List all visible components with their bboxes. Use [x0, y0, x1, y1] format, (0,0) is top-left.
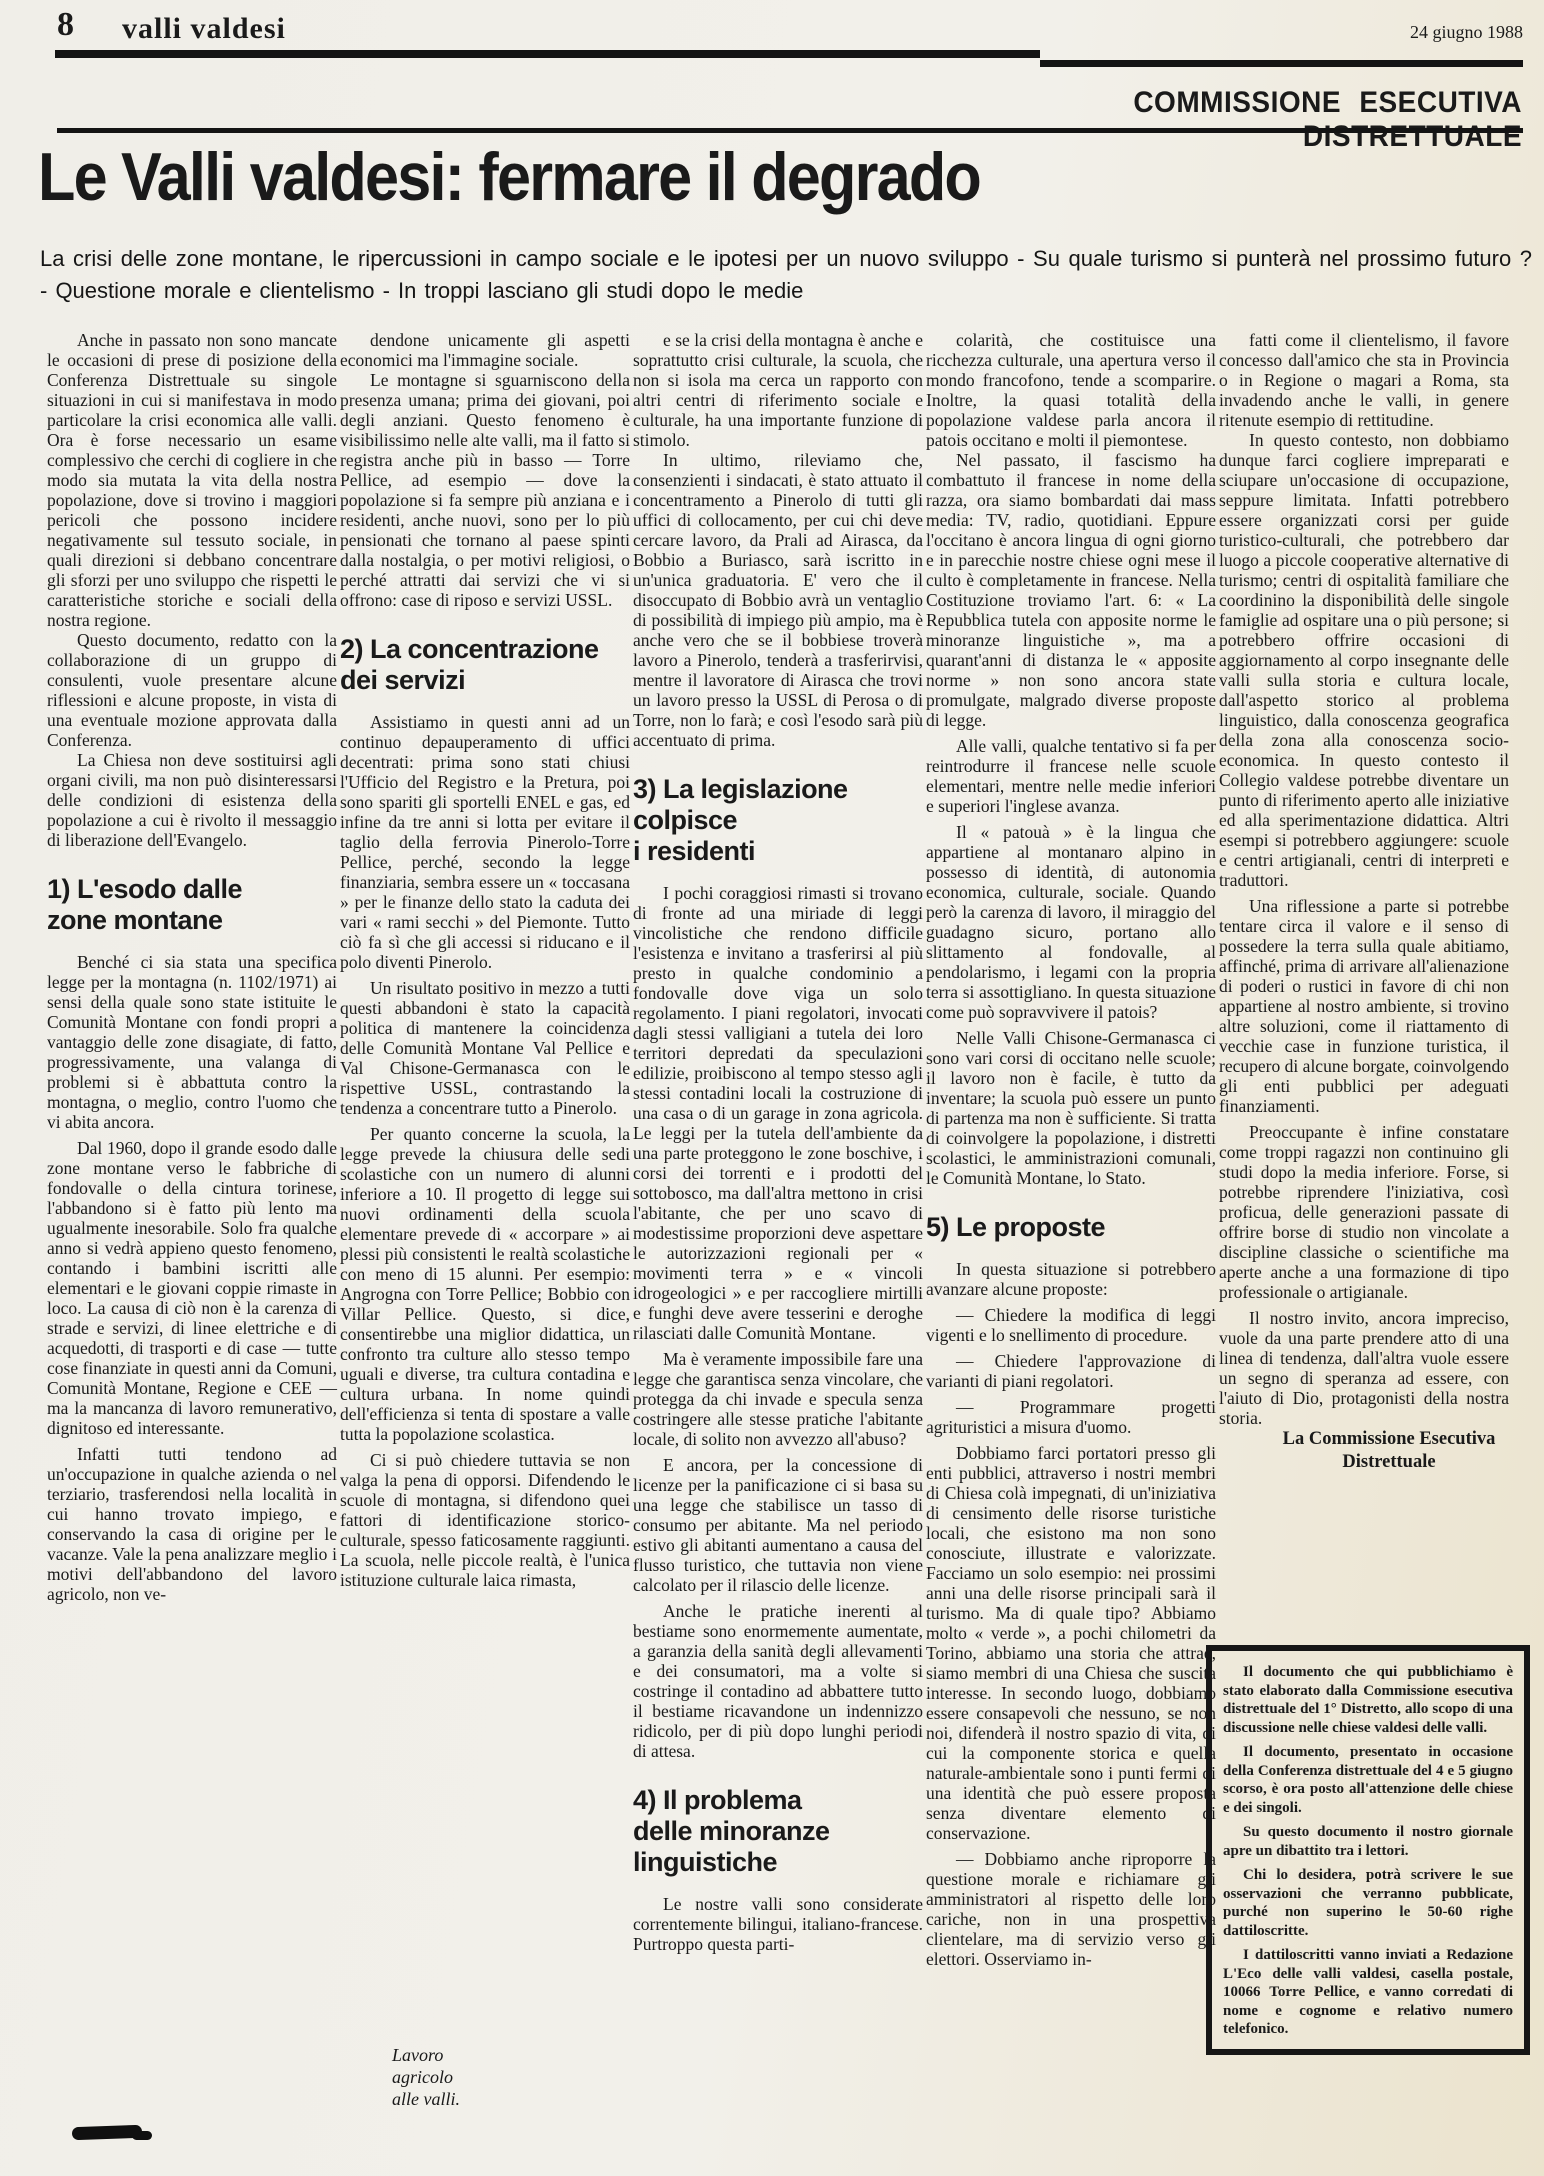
paragraph: Benché ci sia stata una specifica legge …: [47, 952, 337, 1132]
paragraph: Ma è veramente impossibile fare una legg…: [633, 1349, 923, 1449]
paragraph: Il « patouà » è la lingua che appartiene…: [926, 822, 1216, 1022]
paragraph: — Programmare progetti agrituristici a m…: [926, 1397, 1216, 1437]
paragraph: Le nostre valli sono considerate corrent…: [633, 1894, 923, 1954]
page-number: 8: [57, 6, 74, 44]
article-column-5: fatti come il clientelismo, il favore co…: [1219, 330, 1509, 1474]
header-rule-right: [1040, 60, 1523, 67]
masthead: valli valdesi: [122, 12, 286, 46]
paragraph: Ci si può chiedere tuttavia se non valga…: [340, 1450, 630, 1590]
paragraph: La Chiesa non deve sostituirsi agli orga…: [47, 750, 337, 850]
paragraph: — Dobbiamo anche riproporre la questione…: [926, 1849, 1216, 1969]
paragraph: Anche in passato non sono mancate le occ…: [47, 330, 337, 630]
header-rule-left: [55, 50, 1040, 58]
kicker-rule: [57, 128, 1523, 133]
paragraph: In ultimo, rileviamo che, consenzienti i…: [633, 450, 923, 750]
editorial-box-paragraph: Su questo documento il nostro giornale a…: [1223, 1823, 1513, 1860]
editorial-box-paragraph: Chi lo desidera, potrà scrivere le sue o…: [1223, 1866, 1513, 1940]
paragraph: Nelle Valli Chisone-Germanasca ci sono v…: [926, 1028, 1216, 1188]
paragraph: In questa situazione si potrebbero avanz…: [926, 1259, 1216, 1299]
photo-caption: Lavoro agricolo alle valli.: [392, 2044, 460, 2110]
editorial-box-paragraph: Il documento che qui pubblichiamo è stat…: [1223, 1663, 1513, 1737]
paragraph: I pochi coraggiosi rimasti si trovano di…: [633, 883, 923, 1343]
paragraph: In questo contesto, non dobbiamo dunque …: [1219, 430, 1509, 890]
section-heading-3: 3) La legislazione colpisce i residenti: [633, 774, 923, 867]
paragraph: Nel passato, il fascismo ha combattuto i…: [926, 450, 1216, 730]
paragraph: — Chiedere l'approvazione di varianti di…: [926, 1351, 1216, 1391]
newspaper-page: 8 valli valdesi 24 giugno 1988 COMMISSIO…: [0, 0, 1544, 2176]
paragraph: Un risultato positivo in mezzo a tutti q…: [340, 978, 630, 1118]
paragraph: Il nostro invito, ancora impreciso, vuol…: [1219, 1308, 1509, 1428]
paragraph: Per quanto concerne la scuola, la legge …: [340, 1124, 630, 1444]
paragraph: — Chiedere la modifica di leggi vigenti …: [926, 1305, 1216, 1345]
paragraph: Infatti tutti tendono ad un'occupazione …: [47, 1444, 337, 1604]
section-heading-2: 2) La concentrazione dei servizi: [340, 634, 630, 696]
article-column-3: e se la crisi della montagna è anche e s…: [633, 330, 923, 1954]
paragraph: Una riflessione a parte si potrebbe tent…: [1219, 896, 1509, 1116]
editorial-box: Il documento che qui pubblichiamo è stat…: [1206, 1645, 1530, 2055]
paragraph: Dal 1960, dopo il grande esodo dalle zon…: [47, 1138, 337, 1438]
paragraph: Assistiamo in questi anni ad un continuo…: [340, 712, 630, 972]
editorial-box-paragraph: I dattiloscritti vanno inviati a Redazio…: [1223, 1946, 1513, 2039]
section-heading-1: 1) L'esodo dalle zone montane: [47, 874, 337, 936]
paragraph: E ancora, per la concessione di licenze …: [633, 1455, 923, 1595]
paragraph: dendone unicamente gli aspetti economici…: [340, 330, 630, 370]
paragraph: Le montagne si sguarniscono della presen…: [340, 370, 630, 610]
ink-blob: [132, 2131, 152, 2140]
paragraph: fatti come il clientelismo, il favore co…: [1219, 330, 1509, 430]
paragraph: Dobbiamo farci portatori presso gli enti…: [926, 1443, 1216, 1843]
issue-date: 24 giugno 1988: [1340, 22, 1523, 43]
article-column-2: dendone unicamente gli aspetti economici…: [340, 330, 630, 1590]
paragraph: Alle valli, qualche tentativo si fa per …: [926, 736, 1216, 816]
paragraph: Questo documento, redatto con la collabo…: [47, 630, 337, 750]
editorial-box-paragraph: Il documento, presentato in occasione de…: [1223, 1743, 1513, 1817]
paragraph: e se la crisi della montagna è anche e s…: [633, 330, 923, 450]
paragraph: Anche le pratiche inerenti al bestiame s…: [633, 1601, 923, 1761]
headline: Le Valli valdesi: fermare il degrado: [38, 138, 1388, 216]
article-column-1: Anche in passato non sono mancate le occ…: [47, 330, 337, 1604]
section-heading-4: 4) Il problema delle minoranze linguisti…: [633, 1785, 923, 1878]
paragraph: colarità, che costituisce una ricchezza …: [926, 330, 1216, 450]
section-heading-5: 5) Le proposte: [926, 1212, 1216, 1243]
standfirst: La crisi delle zone montane, le ripercus…: [40, 243, 1532, 307]
photo-farm-work: [45, 1713, 378, 2160]
paragraph: Preoccupante è infine constatare come tr…: [1219, 1122, 1509, 1302]
article-signature: La Commissione Esecutiva Distrettuale: [1219, 1428, 1509, 1474]
article-column-4: colarità, che costituisce una ricchezza …: [926, 330, 1216, 1969]
